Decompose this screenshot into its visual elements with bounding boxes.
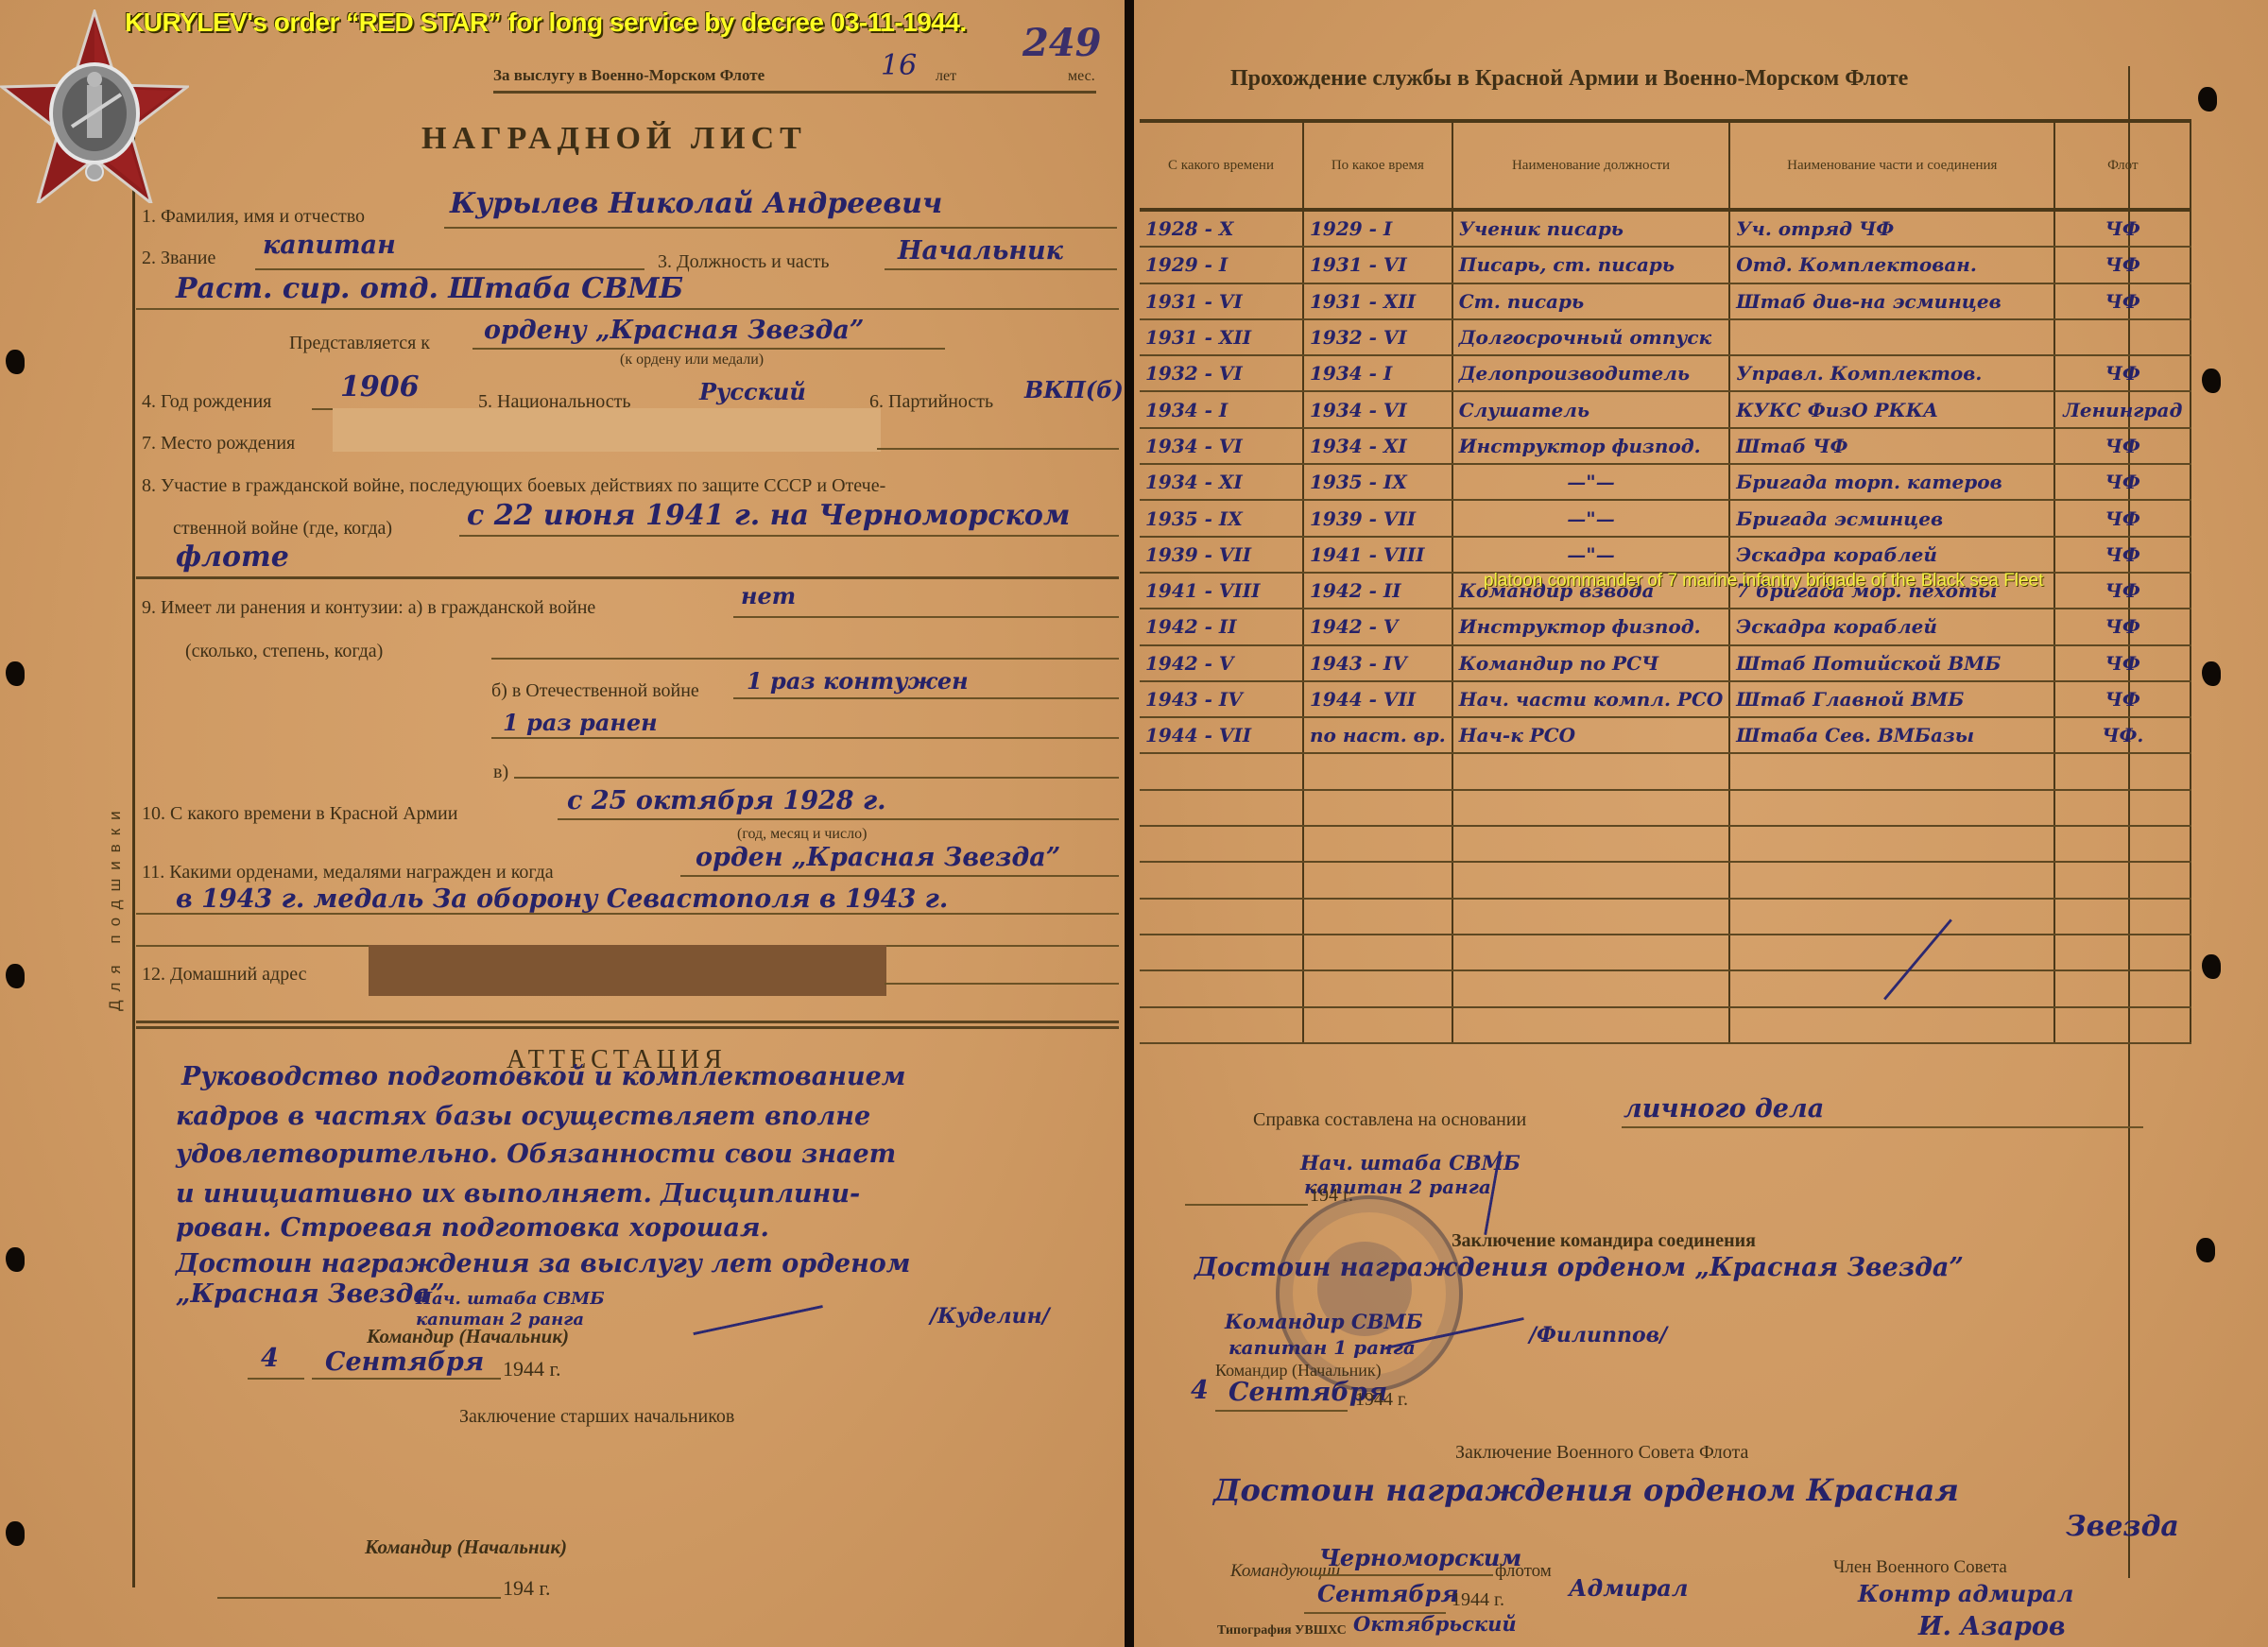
table-cell: 1943 - IV [1140,681,1303,717]
table-cell: Штаба Сев. ВМБазы [1729,717,2054,753]
certificate-basis-label: Справка составлена на основании [1253,1109,1526,1131]
table-cell [1303,970,1452,1006]
military-council-date-month: Сентября [1317,1580,1459,1607]
table-cell: 1932 - VI [1140,355,1303,391]
table-cell: ЧФ [2054,464,2191,500]
table-cell [1729,753,2054,789]
service-length-label: За выслугу в Военно-Морском Флоте [493,66,765,85]
side-label-for-binding: Для подшивки [106,802,125,1011]
table-cell: 1931 - XII [1303,283,1452,319]
military-council-text-2: Звезда [2066,1510,2179,1543]
table-cell: Управл. Комплектов. [1729,355,2054,391]
table-cell: 1928 - X [1140,210,1303,247]
table-row: 1931 - XII1932 - VIДолгосрочный отпуск [1140,319,2191,355]
attestation-line: кадров в частях базы осуществляет вполне [176,1102,870,1131]
certificate-basis-value: личного дела [1624,1094,1824,1124]
service-record-title: Прохождение службы в Красной Армии и Вое… [1230,66,1908,92]
field-label-birthplace: 7. Место рождения [142,433,295,455]
underline [136,913,1119,915]
table-cell: Инструктор физпод. [1452,428,1730,464]
table-cell: 1934 - VI [1303,391,1452,427]
underline [248,1378,304,1380]
table-cell [2054,1007,2191,1043]
table-row: 1944 - VIIпо наст. вр.Нач-к РСОШтаба Сев… [1140,717,2191,753]
table-cell: —"— [1452,537,1730,573]
field-label-awards: 11. Какими орденами, медалями награжден … [142,862,554,884]
field-value-rank: капитан [263,231,396,260]
underline [514,777,1119,779]
field-hint-army-since: (год, месяц и число) [737,826,867,843]
binding-hole [6,1247,25,1272]
table-cell: 1939 - VII [1140,537,1303,573]
binding-hole [6,350,25,374]
field-label-army-since: 10. С какого времени в Красной Армии [142,803,457,825]
table-cell [1140,899,1303,935]
field-value-participation-1: с 22 июня 1941 г. на Черноморском [467,499,1070,532]
field-value-awards-1: орден „Красная Звезда” [696,843,1060,872]
attestation-date-day: 4 [261,1344,279,1373]
table-cell: Бригада торп. катеров [1729,464,2054,500]
table-cell: Инструктор физпод. [1452,609,1730,644]
table-cell: 1942 - V [1303,609,1452,644]
field-label-wounds-other: в) [493,762,508,783]
nominated-label: Представляется к [289,333,430,354]
table-cell [1729,319,2054,355]
underline [255,268,644,270]
table-cell: 1944 - VII [1140,717,1303,753]
field-value-wounds-civil: нет [741,582,796,609]
table-cell [1303,1007,1452,1043]
nominated-value: ордену „Красная Звезда” [484,316,864,345]
table-row: 1935 - IX1939 - VII—"—Бригада эсминцевЧФ [1140,500,2191,536]
table-cell: Долгосрочный отпуск [1452,319,1730,355]
table-cell [2054,935,2191,970]
field-label-participation: 8. Участие в гражданской войне, последую… [142,475,885,497]
table-cell: Ленинград [2054,391,2191,427]
table-row [1140,970,2191,1006]
underline [472,348,945,350]
field-label-birth-year: 4. Год рождения [142,391,271,413]
binding-hole [2198,87,2217,112]
table-row: 1934 - XI1935 - IX—"—Бригада торп. катер… [1140,464,2191,500]
table-cell: Штаб Главной ВМБ [1729,681,2054,717]
table-cell: 1934 - I [1140,391,1303,427]
table-cell [2054,862,2191,898]
council-member-label: Член Военного Совета [1833,1557,2007,1578]
attestation-signer-title-1: Нач. штаба СВМБ [416,1289,605,1309]
column-header: Наименование должности [1452,121,1730,210]
attestation-commander-label: Командир (Начальник) [367,1325,569,1348]
table-row: 1932 - VI1934 - IДелопроизводительУправл… [1140,355,2191,391]
table-cell: Нач. части компл. РСО [1452,681,1730,717]
table-cell: по наст. вр. [1303,717,1452,753]
table-row [1140,935,2191,970]
field-label-participation-2: ственной войне (где, когда) [173,518,392,540]
table-cell [2054,319,2191,355]
unit-commander-date-year: 1944 г. [1355,1389,1408,1411]
table-cell [1452,826,1730,862]
underline [1185,1204,1308,1206]
attestation-line: Достоин награждения за выслугу лет орден… [176,1249,910,1278]
overlay-caption: KURYLEV's order “RED STAR” for long serv… [125,8,967,38]
unit-commander-conclusion-title: Заключение командира соединения [1452,1230,1756,1252]
divider [136,1021,1119,1023]
binding-hole [2202,661,2221,686]
table-cell: 1941 - VIII [1303,537,1452,573]
redacted-home-address [369,945,886,996]
binding-hole [2196,1238,2215,1262]
table-cell: 1934 - XI [1303,428,1452,464]
table-cell: ЧФ [2054,283,2191,319]
underline [217,1597,501,1599]
table-cell: Писарь, ст. писарь [1452,247,1730,283]
table-cell: 1929 - I [1140,247,1303,283]
table-cell [2054,826,2191,862]
table-cell: 1932 - VI [1303,319,1452,355]
table-cell: Ст. писарь [1452,283,1730,319]
table-cell [1452,935,1730,970]
underline [558,818,1119,820]
table-cell [1140,862,1303,898]
field-value-name: Курылев Николай Андреевич [450,187,942,220]
table-row: 1934 - I1934 - VIСлушательКУКС ФизО РККА… [1140,391,2191,427]
table-cell: 1929 - I [1303,210,1452,247]
field-label-wounds: 9. Имеет ли ранения и контузии: а) в гра… [142,597,595,619]
field-label-name: 1. Фамилия, имя и отчество [142,206,365,228]
table-cell: Штаб див-на эсминцев [1729,283,2054,319]
senior-commander-label: Командир (Начальник) [365,1535,567,1559]
field-value-wounds-patriotic-2: 1 раз ранен [503,709,658,736]
field-label-position: 3. Должность и часть [658,251,830,273]
table-cell [1140,790,1303,826]
field-value-wounds-patriotic-1: 1 раз контужен [747,667,969,695]
senior-conclusion-title: Заключение старших начальников [459,1406,734,1428]
service-years-value: 16 [881,49,917,82]
divider [493,91,1096,94]
underline [1317,1574,1493,1576]
field-label-home-address: 12. Домашний адрес [142,964,306,986]
table-cell: ЧФ [2054,428,2191,464]
table-cell: Штаб Потийской ВМБ [1729,645,2054,681]
binding-hole [6,964,25,988]
table-cell [2054,753,2191,789]
table-cell: ЧФ [2054,247,2191,283]
table-cell: Слушатель [1452,391,1730,427]
table-cell: ЧФ. [2054,717,2191,753]
table-row: 1942 - V1943 - IVКомандир по РСЧШтаб Пот… [1140,645,2191,681]
table-row: 1929 - I1931 - VIПисарь, ст. писарьОтд. … [1140,247,2191,283]
table-cell [1729,1007,2054,1043]
redacted-birthplace [333,408,881,452]
table-cell [2054,970,2191,1006]
service-months-label: мес. [1068,68,1095,85]
attestation-line: рован. Строевая подготовка хорошая. [176,1213,769,1243]
field-value-position-1: Начальник [898,236,1063,266]
field-label-party: 6. Партийность [869,391,993,413]
underline [885,983,1119,985]
table-cell: ЧФ [2054,537,2191,573]
column-header: С какого времени [1140,121,1303,210]
table-cell [2054,899,2191,935]
fleet-commander-fleet-value: Черноморским [1319,1544,1521,1571]
table-cell [1452,862,1730,898]
underline [733,697,1119,699]
underline [444,227,1117,229]
table-row: 1928 - X1929 - IУченик писарьУч. отряд Ч… [1140,210,2191,247]
printer-imprint: Типография УВШХС [1217,1623,1347,1638]
underline [459,535,1119,537]
table-cell: 1934 - VI [1140,428,1303,464]
table-cell [1140,970,1303,1006]
table-cell: —"— [1452,464,1730,500]
divider [136,1026,1119,1029]
table-cell [2054,790,2191,826]
attestation-signer-name: /Куделин/ [930,1304,1050,1329]
column-header: По какое время [1303,121,1452,210]
field-value-birth-year: 1906 [340,370,420,403]
unit-commander-conclusion-text: Достоин награждения орденом „Красная Зве… [1194,1253,1964,1282]
table-cell: 1942 - II [1140,609,1303,644]
table-cell [1729,826,2054,862]
overlay-right-note: platoon commander of 7 marine infantry b… [1484,571,2044,592]
table-cell [1452,790,1730,826]
field-hint-wounds: (сколько, степень, когда) [185,641,383,662]
table-cell [1452,899,1730,935]
table-cell [1140,935,1303,970]
table-cell: ЧФ [2054,500,2191,536]
attestation-date-month: Сентября [325,1347,484,1377]
table-row [1140,826,2191,862]
attestation-line: удовлетворительно. Обязанности свои знае… [176,1140,896,1169]
table-cell: Командир по РСЧ [1452,645,1730,681]
binding-hole [2202,369,2221,393]
underline [136,308,1119,310]
award-sheet-left-page: KURYLEV's order “RED STAR” for long serv… [0,0,1126,1647]
council-member-name: И. Азаров [1918,1612,2066,1641]
fleet-label: флотом [1495,1561,1552,1582]
table-cell: 1931 - XII [1140,319,1303,355]
table-cell: ЧФ [2054,573,2191,609]
table-cell: 1934 - I [1303,355,1452,391]
table-cell: 1942 - V [1140,645,1303,681]
table-cell: Уч. отряд ЧФ [1729,210,2054,247]
table-cell: ЧФ [2054,210,2191,247]
table-cell: 1942 - II [1303,573,1452,609]
table-cell: 1931 - VI [1140,283,1303,319]
table-cell: Нач-к РСО [1452,717,1730,753]
field-label-wounds-patriotic: б) в Отечественной войне [491,680,699,702]
table-row [1140,790,2191,826]
field-value-awards-2: в 1943 г. медаль За оборону Севастополя … [176,884,948,914]
table-cell: 1935 - IX [1303,464,1452,500]
table-cell: ЧФ [2054,609,2191,644]
attestation-line: „Красная Звезда” [176,1279,444,1309]
table-cell: Бригада эсминцев [1729,500,2054,536]
table-cell [1303,826,1452,862]
unit-commander-name: /Филиппов/ [1529,1323,1667,1347]
page-title: НАГРАДНОЙ ЛИСТ [421,121,807,157]
council-member-rank: Контр адмирал [1858,1580,2073,1607]
table-row: 1942 - II1942 - VИнструктор физпод.Эскад… [1140,609,2191,644]
field-value-position-2: Раст. сир. отд. Штаба СВМБ [176,272,683,305]
service-years-label: лет [936,68,956,85]
table-row [1140,899,2191,935]
attestation-line: Руководство подготовкой и комплектование… [181,1062,905,1091]
binding-hole [6,661,25,686]
table-cell: Штаб ЧФ [1729,428,2054,464]
field-value-army-since: с 25 октября 1928 г. [567,786,886,815]
table-row: 1943 - IV1944 - VIIНач. части компл. РСО… [1140,681,2191,717]
table-cell: 1944 - VII [1303,681,1452,717]
underline [312,1378,501,1380]
attestation-date-year: 1944 г. [503,1357,561,1381]
underline [885,268,1117,270]
field-value-party: ВКП(б) [1024,376,1124,403]
underline [680,875,1119,877]
column-header: Наименование части и соединения [1729,121,2054,210]
table-cell [1452,1007,1730,1043]
table-cell [1729,790,2054,826]
table-cell: Эскадра кораблей [1729,537,2054,573]
senior-date-year: 194 г. [503,1576,551,1601]
table-cell: Эскадра кораблей [1729,609,2054,644]
table-cell: ЧФ [2054,681,2191,717]
table-cell [1452,753,1730,789]
table-row: 1931 - VI1931 - XIIСт. писарьШтаб див-на… [1140,283,2191,319]
table-cell: 1934 - XI [1140,464,1303,500]
underline [1622,1126,2143,1128]
table-cell: 1931 - VI [1303,247,1452,283]
red-star-order-icon [0,9,189,203]
underline [733,616,1119,618]
archive-number: 249 [1022,21,1102,65]
table-cell [1140,826,1303,862]
table-row: 1934 - VI1934 - XIИнструктор физпод.Штаб… [1140,428,2191,464]
table-cell [1303,753,1452,789]
table-cell [1140,1007,1303,1043]
column-header: Флот [2054,121,2191,210]
attestation-line: и инициативно их выполняет. Дисциплини- [176,1179,860,1209]
table-cell: Делопроизводитель [1452,355,1730,391]
binding-hole [6,1521,25,1546]
fleet-commander-name: Октябрьский [1353,1612,1517,1636]
table-cell [1303,899,1452,935]
table-cell [1140,753,1303,789]
left-margin-line [132,113,135,1587]
underline [877,448,1119,450]
table-cell: КУКС ФизО РККА [1729,391,2054,427]
table-cell [1303,862,1452,898]
table-cell: 1943 - IV [1303,645,1452,681]
nominated-hint: (к ордену или медали) [620,352,764,369]
field-value-participation-2: флоте [176,540,289,574]
table-row [1140,1007,2191,1043]
table-cell: —"— [1452,500,1730,536]
military-council-title: Заключение Военного Совета Флота [1455,1442,1748,1464]
table-cell [1452,970,1730,1006]
table-cell: 1939 - VII [1303,500,1452,536]
fleet-commander-rank: Адмирал [1569,1574,1688,1602]
table-row [1140,753,2191,789]
table-cell [1303,935,1452,970]
table-cell: Отд. Комплектован. [1729,247,2054,283]
military-council-date-year: 1944 г. [1452,1589,1504,1611]
underline [491,737,1119,739]
table-cell: 1941 - VIII [1140,573,1303,609]
military-council-text-1: Достоин награждения орденом Красная [1213,1472,1959,1508]
table-row: 1939 - VII1941 - VIII—"—Эскадра кораблей… [1140,537,2191,573]
field-value-nationality: Русский [699,378,806,405]
table-row [1140,862,2191,898]
underline [491,658,1119,660]
table-cell: Ученик писарь [1452,210,1730,247]
binding-hole [2202,954,2221,979]
unit-commander-date-day: 4 [1191,1376,1209,1405]
table-cell: ЧФ [2054,355,2191,391]
table-cell: ЧФ [2054,645,2191,681]
table-cell [1303,790,1452,826]
field-label-rank: 2. Звание [142,248,215,269]
underline [1215,1410,1348,1412]
divider [136,576,1119,579]
table-cell: 1935 - IX [1140,500,1303,536]
